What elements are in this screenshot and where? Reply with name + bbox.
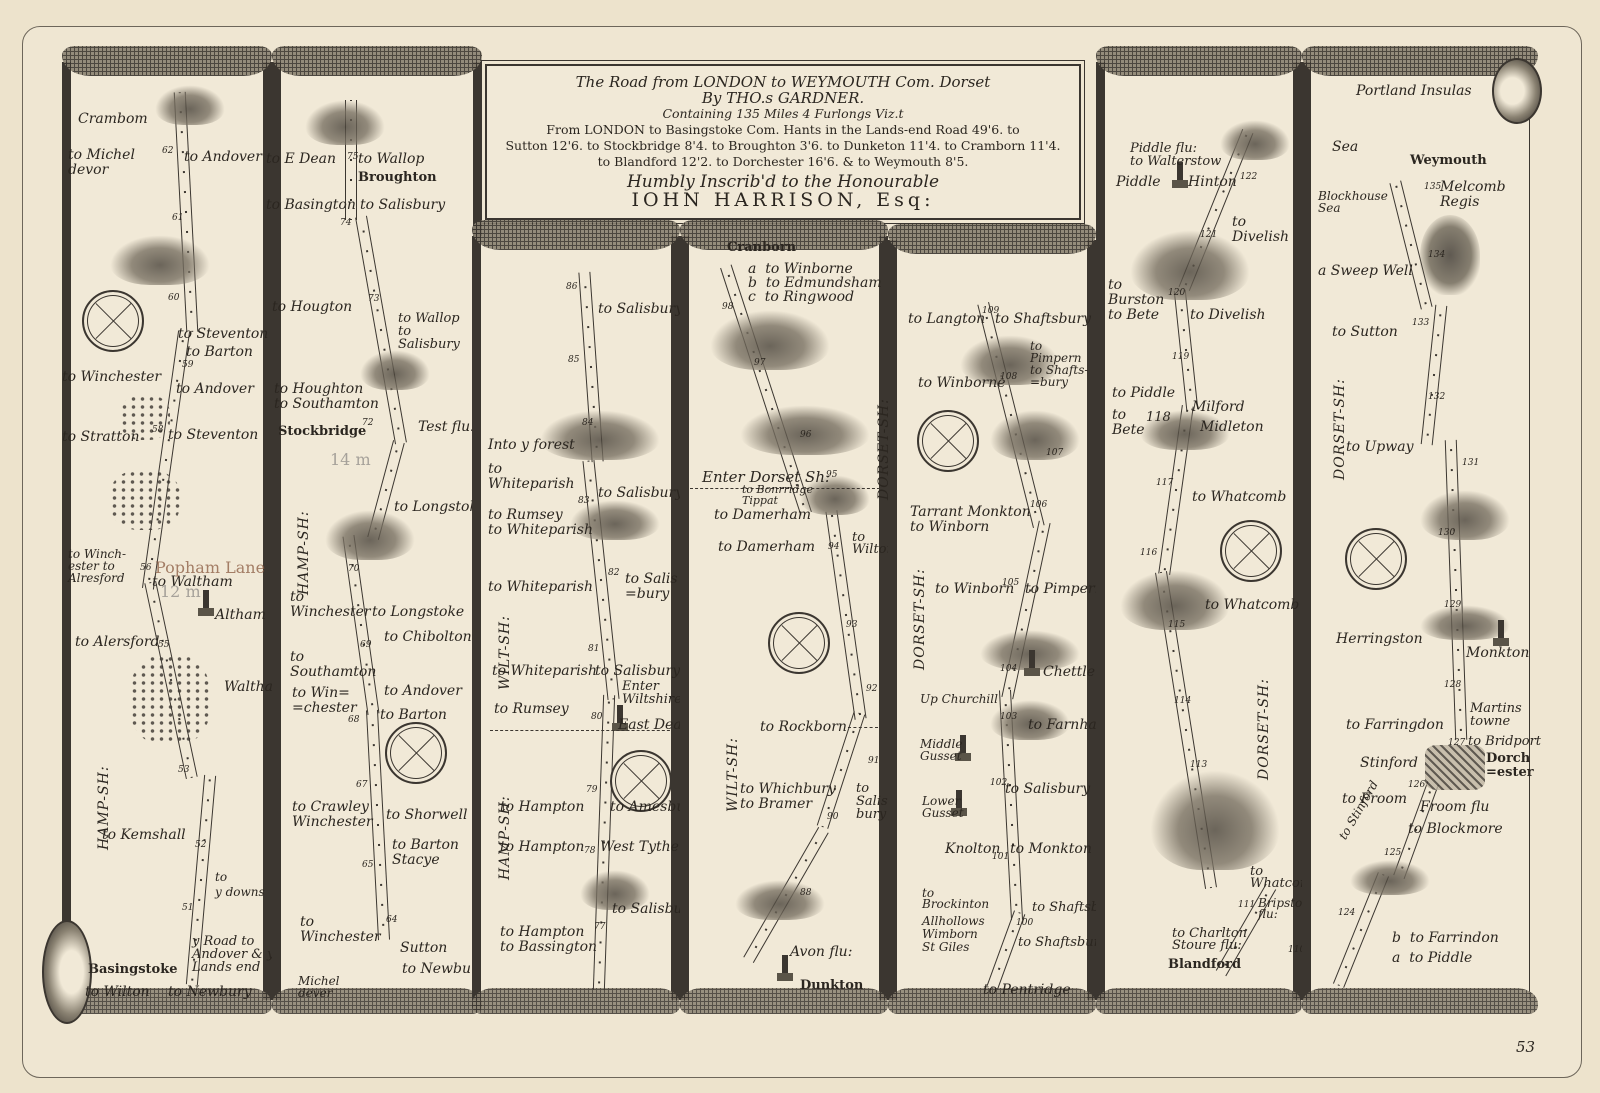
road-label: to Alersford — [75, 635, 160, 650]
milestone: 80 — [591, 712, 602, 722]
road-label: to Blockmore — [1408, 822, 1503, 837]
strip-1 — [62, 62, 272, 1000]
milestone: 52 — [195, 840, 206, 850]
place-label: Milford — [1192, 400, 1245, 415]
map-title: The Road from LONDON to WEYMOUTH Com. Do… — [487, 74, 1079, 90]
milestone: 68 — [348, 715, 359, 725]
compass-rose-icon — [1220, 520, 1282, 582]
milestone: 88 — [800, 888, 811, 898]
road-label: to E Dean — [266, 152, 336, 167]
milestone: 109 — [982, 306, 999, 316]
place-label: Hinton — [1188, 175, 1237, 190]
road-label: to Barton — [380, 708, 447, 723]
milestone: 75 — [347, 152, 358, 162]
town-basingstoke: Basingstoke — [88, 962, 177, 977]
road-label: to Whiteparish — [488, 462, 574, 492]
milestone: 81 — [588, 644, 599, 654]
road-label: to Rockborn — [760, 720, 847, 735]
milestone: 107 — [1046, 448, 1063, 458]
road-note-label: y Road to Andover & y Lands end — [192, 935, 274, 974]
title-cartouche: The Road from LONDON to WEYMOUTH Com. Do… — [485, 64, 1081, 220]
road-label: to Brockinton — [922, 888, 989, 910]
milestone: 108 — [1000, 372, 1017, 382]
road-label: to Hampton — [500, 800, 584, 815]
place-label: Portland Insulas — [1356, 84, 1472, 99]
place-label: Herringston — [1336, 632, 1423, 647]
dorchester-town-plan — [1425, 745, 1485, 790]
road-label: to Winchester — [290, 590, 371, 620]
milestone: 106 — [1030, 500, 1047, 510]
hill-icon — [1220, 120, 1290, 160]
road-label: to Whatcomb — [1205, 598, 1299, 613]
place-label: Blockhouse Sea — [1318, 190, 1388, 214]
road-label: to Pimpern to Shafts- =bury — [1030, 340, 1088, 388]
town-dorchester: Dorch =ester — [1486, 752, 1534, 780]
place-label: Stinford — [1360, 756, 1418, 771]
road-label: to Langton — [908, 312, 985, 327]
county-label: DORSET-SH: — [1332, 378, 1348, 480]
road-label: to Southamton — [290, 650, 376, 680]
road-label: to Hampton to Bassington — [500, 925, 597, 955]
place-label: Michel dever — [298, 975, 340, 999]
road-label: to Divelish — [1190, 308, 1266, 323]
scroll-hatch-bottom — [472, 988, 680, 1014]
road-label: to Whatcomb — [1192, 490, 1286, 505]
hill-icon — [710, 310, 830, 370]
scroll-hatch-top — [472, 220, 680, 250]
road-label: to Winch- ester to Alresford — [68, 548, 126, 584]
road-label: to Wallop to Salisbury — [398, 312, 460, 351]
road-label: to Shaftsbury — [1018, 935, 1107, 950]
town-cranborn: Cranborn — [727, 240, 796, 255]
road-label: to Shorwell — [386, 808, 467, 823]
road-label: to Hampton — [500, 840, 584, 855]
road-label: to Winchester — [62, 370, 161, 385]
road-to-rockborn — [848, 727, 878, 728]
road-label: to Monkton — [1010, 842, 1092, 857]
dedicatee: IOHN HARRISON, Esq: — [487, 192, 1079, 208]
pencil-annotation: 12 m — [160, 582, 201, 601]
road-label: to Rumsey — [494, 702, 569, 717]
sea-label: Sea — [1332, 140, 1358, 155]
milestone: 100 — [1016, 918, 1033, 928]
milestone: 69 — [360, 640, 371, 650]
hill-icon — [735, 880, 825, 920]
road-label: to Whiteparish — [488, 580, 593, 595]
road-label: to Houghton to Southamton — [274, 382, 379, 412]
milestone: 58 — [152, 425, 163, 435]
milestone: 117 — [1156, 478, 1173, 488]
road-label: to Salisbury — [598, 486, 683, 501]
road-label: to y downs — [215, 870, 265, 900]
hill-icon — [325, 510, 415, 560]
milestone: 111 — [1238, 900, 1255, 910]
town-dunkton: Dunkton — [800, 978, 863, 993]
milestone: 70 — [348, 564, 359, 574]
milestone: 93 — [846, 620, 857, 630]
milestone: 53 — [178, 765, 189, 775]
town-sutton: Sutton — [400, 940, 447, 956]
road-label: to Shaftsbury — [995, 312, 1091, 327]
road-key-label: a to Winborne b to Edmundsham c to Ringw… — [748, 262, 882, 304]
place-label: Piddle — [1116, 175, 1161, 190]
road-label: to Barton Stacye — [392, 838, 459, 868]
road-label: to Charlton Stoure flu: — [1172, 928, 1247, 952]
milestone: 92 — [866, 684, 877, 694]
road-label: to Piddle — [1112, 386, 1175, 401]
distance-itinerary-1: From LONDON to Basingstoke Com. Hants in… — [487, 122, 1079, 138]
hill-icon — [110, 235, 210, 285]
place-label: Enter Wiltshire — [622, 680, 682, 706]
road-label: to Divelish — [1232, 215, 1289, 245]
river-label: Test flu: — [418, 420, 475, 435]
road-label: Into y forest — [488, 438, 575, 453]
milestone: 125 — [1384, 848, 1401, 858]
road-label: to Salisbury — [595, 664, 680, 679]
milestone: 95 — [826, 470, 837, 480]
church-icon — [782, 955, 788, 975]
place-label: Allhollows Wimborn St Giles — [922, 915, 985, 954]
road-label: to Chibolton — [384, 630, 472, 645]
road-label: to Pimpern — [1025, 582, 1104, 597]
place-label: Crambom — [78, 112, 148, 127]
road-label: to Newbury — [168, 985, 252, 1000]
compass-rose-icon — [385, 722, 447, 784]
compass-rose-icon — [1345, 528, 1407, 590]
milestone: 103 — [1000, 712, 1017, 722]
hill-icon — [1150, 770, 1280, 870]
road-label: to Salis =bury — [625, 572, 678, 602]
milestone: 60 — [168, 293, 179, 303]
church-icon — [203, 590, 209, 610]
road-label: to Whichbury to Bramer — [740, 782, 836, 812]
compass-rose-icon — [917, 410, 979, 472]
road-label: to Stratton — [62, 430, 139, 445]
river-label: Piddle flu: to Walterstow — [1130, 142, 1221, 168]
milestone: 97 — [754, 358, 765, 368]
road-label: to Wilton — [85, 985, 150, 1000]
milestone: 65 — [362, 860, 373, 870]
place-label: Martins towne — [1470, 702, 1522, 728]
scroll-hatch-top — [888, 224, 1096, 254]
milestone: 96 — [800, 430, 811, 440]
scroll-roll-left — [42, 920, 92, 1024]
distance-itinerary-3: to Blandford 12'2. to Dorchester 16'6. &… — [487, 154, 1079, 170]
milestone: 104 — [1000, 664, 1017, 674]
milestone: 124 — [1338, 908, 1355, 918]
place-label: Monkton — [1466, 646, 1529, 661]
hill-icon — [155, 85, 225, 125]
place-label: Up Churchill — [920, 692, 998, 707]
county-label: DORSET-SH: — [1256, 678, 1272, 780]
road-label: to Win= =chester — [292, 686, 357, 716]
road-label: to Bete — [1112, 408, 1144, 438]
milestone: 113 — [1190, 760, 1207, 770]
place-label: Midleton — [1200, 420, 1264, 435]
milestone: 72 — [362, 418, 373, 428]
milestone: 74 — [340, 218, 351, 228]
milestone: 101 — [992, 852, 1009, 862]
milestone: 116 — [1140, 548, 1157, 558]
road-label: to Steventon — [168, 428, 258, 443]
road-label: to Andover — [384, 684, 462, 699]
milestone: 67 — [356, 780, 367, 790]
road-label: to Andover — [184, 150, 262, 165]
hill-icon — [1420, 605, 1510, 640]
town-blandford: Blandford — [1168, 957, 1241, 972]
town-stockbridge: Stockbridge — [278, 424, 366, 439]
hill-icon — [305, 100, 385, 145]
milestone: 77 — [594, 922, 605, 932]
town-broughton: Broughton — [358, 170, 437, 185]
compass-rose-icon — [768, 612, 830, 674]
milestone: 122 — [1240, 172, 1257, 182]
milestone: 55 — [158, 640, 169, 650]
county-label: DORSET-SH: — [912, 568, 928, 670]
dedication: Humbly Inscrib'd to the Honourable — [487, 174, 1079, 190]
river-label: Avon flu: — [790, 945, 852, 960]
milestone: 105 — [1002, 578, 1019, 588]
road-label: to Basington — [266, 198, 356, 213]
milestone: 59 — [182, 360, 193, 370]
road-label: to Crawley Winchester — [292, 800, 373, 830]
scroll-hatch-bottom — [1096, 988, 1302, 1014]
milestone: 83 — [578, 496, 589, 506]
milestone: 119 — [1172, 352, 1189, 362]
place-label: Chettle — [1043, 665, 1095, 680]
road-label: to Salis bury — [856, 782, 888, 821]
road-label: to Pentridge — [983, 983, 1071, 998]
milestone: 114 — [1174, 696, 1191, 706]
map-author: By THO.s GARDNER. — [487, 90, 1079, 106]
milestone: 133 — [1412, 318, 1429, 328]
road-label: to Upway — [1346, 440, 1414, 455]
road-key-label: b to Farrindon a to Piddle — [1392, 928, 1499, 968]
scroll-hatch-top — [272, 46, 482, 76]
place-label: Lower Gusset — [922, 795, 964, 819]
road-label: to Winborne — [918, 376, 1006, 391]
road-label: to Michel devor — [68, 148, 135, 178]
milestone: 127 — [1448, 738, 1465, 748]
milestone: 94 — [828, 542, 839, 552]
road-label: to Kemshall — [102, 828, 186, 843]
road-label: to Salisbury — [1005, 782, 1090, 797]
milestone: 134 — [1428, 250, 1445, 260]
road-label: to Longstoke — [372, 605, 464, 620]
milestone: 115 — [1168, 620, 1185, 630]
road-label: to Burston — [1108, 278, 1164, 308]
road-label: to Whiteparish — [492, 664, 597, 679]
milestone: 82 — [608, 568, 619, 578]
map-total-distance: Containing 135 Miles 4 Furlongs Viz.t — [487, 106, 1079, 122]
milestone: 61 — [172, 213, 183, 223]
county-label: WILT-SH: — [725, 737, 741, 812]
scroll-roll-right — [1492, 58, 1542, 124]
milestone: 79 — [586, 785, 597, 795]
milestone: 132 — [1428, 392, 1445, 402]
milestone: 85 — [568, 355, 579, 365]
scroll-hatch-bottom — [1302, 988, 1538, 1014]
milestone: 90 — [827, 812, 838, 822]
milestone: 86 — [566, 282, 577, 292]
milestone: 62 — [162, 146, 173, 156]
road-label: to Andover — [176, 382, 254, 397]
road-label: to Bonrridge Tippat — [742, 484, 813, 506]
scroll-hatch-top — [1096, 46, 1302, 76]
compass-rose-icon — [82, 290, 144, 352]
hill-icon — [1420, 490, 1510, 540]
milestone: 64 — [386, 915, 397, 925]
county-label: HAMP-SH: — [296, 510, 312, 595]
road-label: to Salisbury — [598, 302, 683, 317]
road-label: to Damerham — [718, 540, 815, 555]
hill-icon — [990, 410, 1080, 460]
milestone: 121 — [1200, 230, 1217, 240]
road-label: to Winchester — [300, 915, 381, 945]
pencil-annotation: 14 m — [330, 450, 371, 469]
milestone: 118 — [1146, 410, 1171, 425]
milestone: 73 — [368, 294, 379, 304]
road-label: to Steventon — [178, 327, 268, 342]
milestone: 78 — [584, 846, 595, 856]
place-label: Melcomb Regis — [1440, 180, 1506, 210]
place-label: Middle Gusset — [920, 738, 962, 762]
road-label: to Salisbury — [360, 198, 445, 213]
distance-itinerary-2: Sutton 12'6. to Stockbridge 8'4. to Brou… — [487, 138, 1079, 154]
road-label: to Damerham — [714, 508, 811, 523]
road-label: to Bete — [1108, 308, 1159, 323]
milestone: 102 — [990, 778, 1007, 788]
road-label: to Bridport — [1468, 734, 1541, 749]
milestone: 51 — [182, 903, 193, 913]
river-label: Froom flu — [1420, 800, 1489, 815]
road-label: to Rumsey to Whiteparish — [488, 508, 593, 538]
milestone: 129 — [1444, 600, 1461, 610]
milestone: 131 — [1462, 458, 1479, 468]
road-label: to Farringdon — [1346, 718, 1444, 733]
place-label: a Sweep Well — [1318, 264, 1413, 279]
road-label: Tarrant Monkton to Winborn — [910, 505, 1031, 535]
milestone: 98 — [722, 302, 733, 312]
road-label: to Sutton — [1332, 325, 1398, 340]
town-weymouth: Weymouth — [1410, 153, 1487, 168]
milestone: 56 — [140, 563, 151, 573]
milestone: 91 — [868, 756, 879, 766]
church-icon — [1029, 650, 1035, 670]
scroll-hatch-top — [62, 46, 272, 76]
road-label: to Barton — [186, 345, 253, 360]
milestone: 128 — [1444, 680, 1461, 690]
road-label: to Wallop — [358, 152, 424, 167]
page-number: 53 — [1516, 1038, 1535, 1056]
hill-icon — [1350, 860, 1430, 895]
road-label: to Hougton — [272, 300, 352, 315]
pencil-annotation: Popham Lane — [155, 558, 265, 577]
milestone: 130 — [1438, 528, 1455, 538]
milestone: 135 — [1424, 182, 1441, 192]
woodland-icon — [110, 470, 180, 530]
place-label: Altham — [215, 608, 266, 623]
milestone: 126 — [1408, 780, 1425, 790]
church-icon — [1498, 620, 1504, 640]
milestone: 84 — [582, 418, 593, 428]
milestone: 120 — [1168, 288, 1185, 298]
woodland-icon — [130, 655, 210, 745]
